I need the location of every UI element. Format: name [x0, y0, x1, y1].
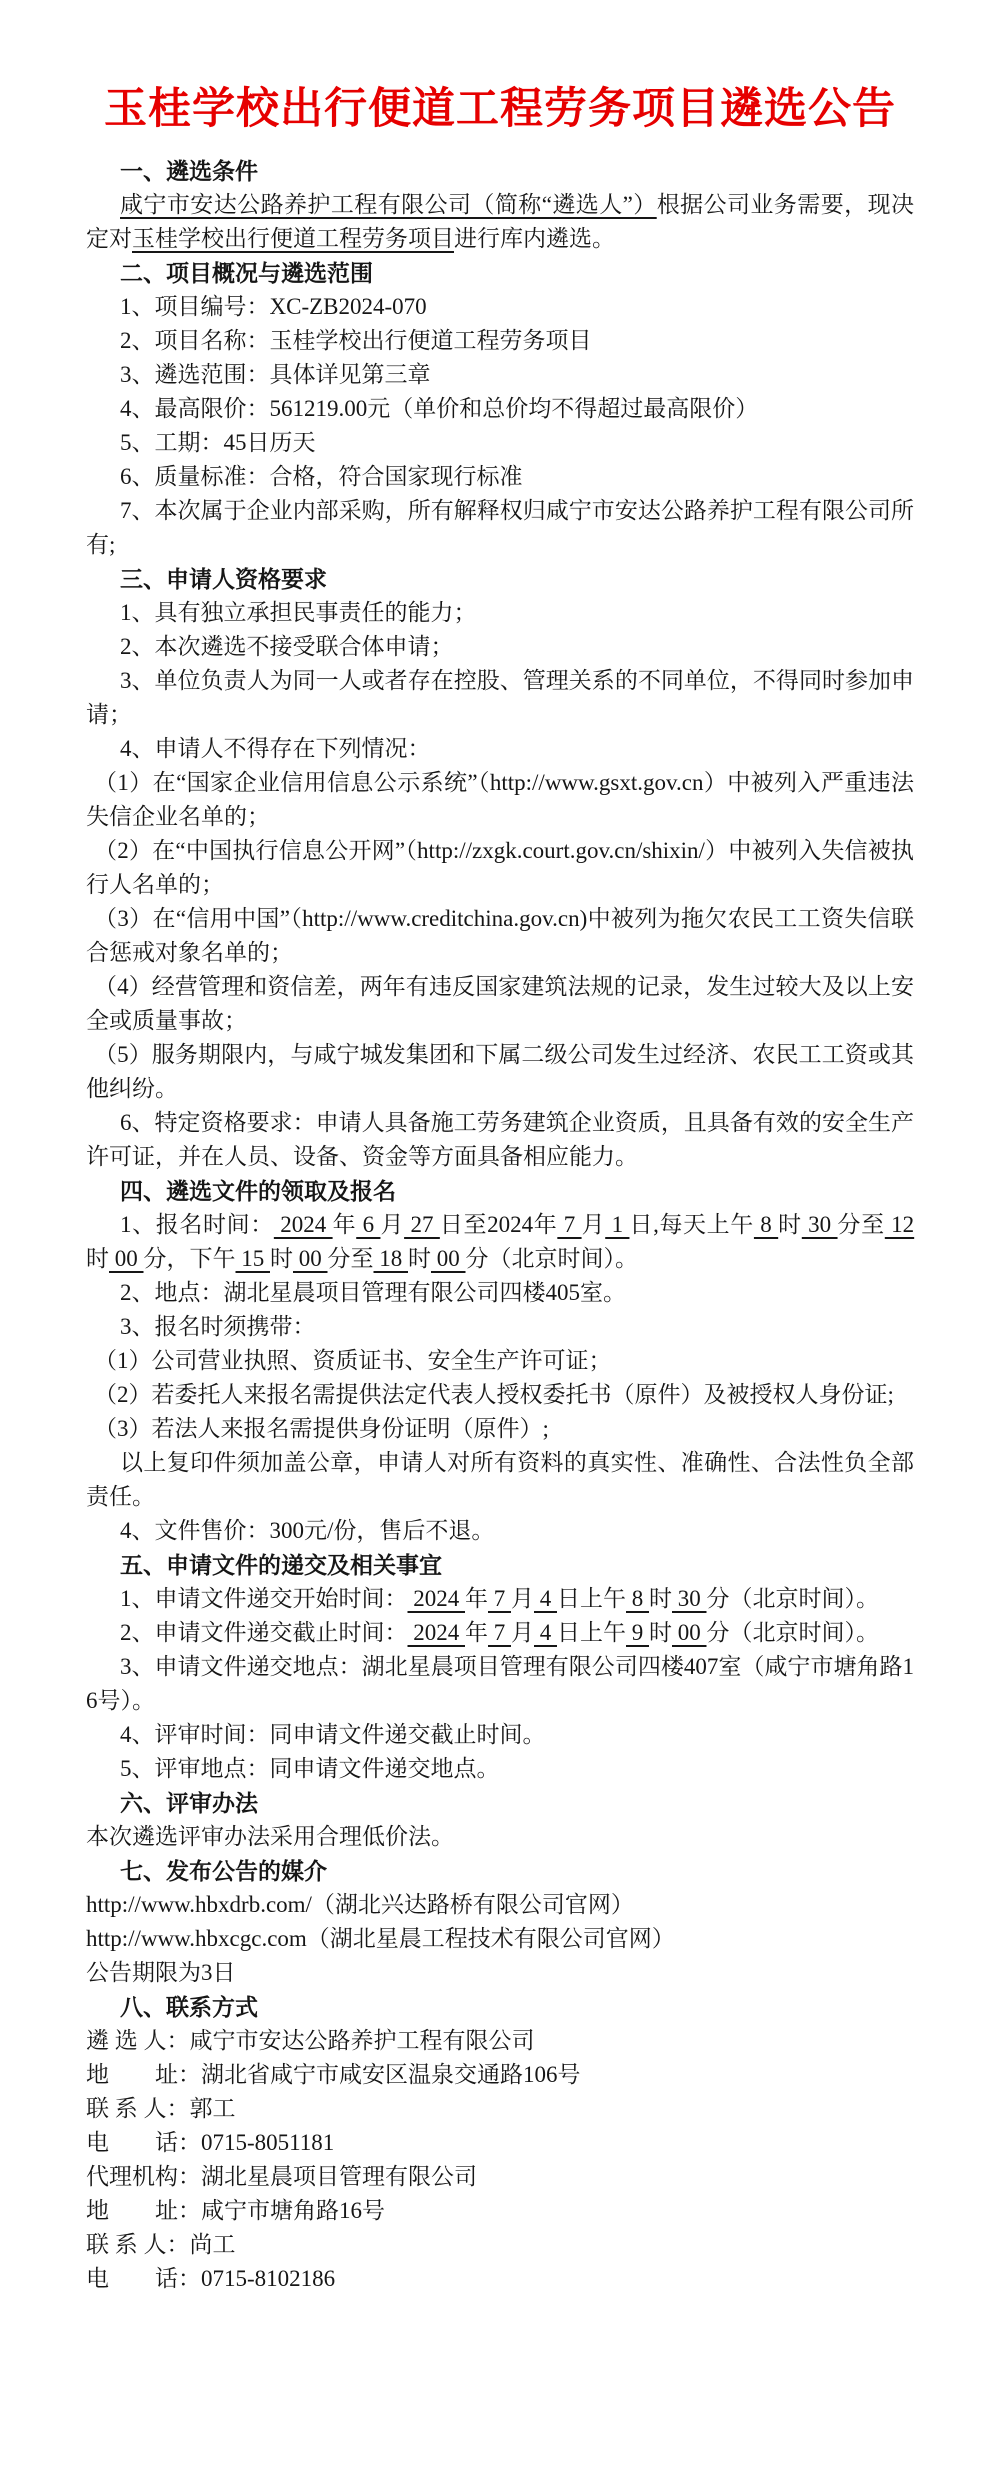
text-run: 时 — [86, 1246, 109, 1271]
underlined-text: 00 — [431, 1246, 466, 1271]
text-run: 月 — [511, 1586, 534, 1611]
text-run: （3）若法人来报名需提供身份证明（原件）; — [94, 1416, 549, 1441]
text-run: 4、最高限价：561219.00元（单价和总价均不得超过最高限价） — [120, 396, 758, 421]
paragraph: 公告期限为3日 — [86, 1956, 914, 1990]
paragraph: 1、具有独立承担民事责任的能力； — [86, 596, 914, 630]
text-run: 分至 — [838, 1212, 885, 1237]
text-run: http://www.hbxcgc.com（湖北星晨工程技术有限公司官网） — [86, 1926, 675, 1951]
text-run: 4、评审时间：同申请文件递交截止时间。 — [120, 1722, 546, 1747]
section-heading: 三、申请人资格要求 — [86, 562, 914, 596]
paragraph: 3、单位负责人为同一人或者存在控股、管理关系的不同单位，不得同时参加申请； — [86, 664, 914, 732]
text-run: 二、项目概况与遴选范围 — [120, 260, 373, 286]
underlined-text: 咸宁市安达公路养护工程有限公司（简称“遴选人”） — [120, 192, 657, 217]
text-run: 五、申请文件的递交及相关事宜 — [120, 1552, 442, 1578]
text-run: （4）经营管理和资信差，两年有违反国家建筑法规的记录，发生过较大及以上安全或质量… — [86, 974, 914, 1033]
underlined-text: 1 — [605, 1212, 629, 1237]
text-run: 代理机构：湖北星晨项目管理有限公司 — [86, 2164, 477, 2189]
underlined-text: 6 — [356, 1212, 380, 1237]
text-run: 5、工期：45日历天 — [120, 430, 316, 455]
text-run: 1、项目编号：XC-ZB2024-070 — [120, 294, 427, 319]
text-run: 年 — [333, 1212, 357, 1237]
text-run: 月 — [380, 1212, 404, 1237]
text-run: 以上复印件须加盖公章，申请人对所有资料的真实性、准确性、合法性负全部责任。 — [86, 1450, 914, 1509]
underlined-text: 4 — [534, 1620, 557, 1645]
text-run: 进行库内遴选。 — [454, 226, 615, 251]
text-run: 联 系 人：郭工 — [86, 2096, 236, 2121]
text-run: 月 — [582, 1212, 606, 1237]
paragraph: （1）在“国家企业信用信息公示系统”（http://www.gsxt.gov.c… — [86, 766, 914, 834]
text-run: 1、具有独立承担民事责任的能力； — [120, 600, 477, 625]
underlined-text: 8 — [754, 1212, 778, 1237]
paragraph: 4、文件售价：300元/份，售后不退。 — [86, 1514, 914, 1548]
document-title: 玉桂学校出行便道工程劳务项目遴选公告 — [86, 82, 914, 136]
underlined-text: 7 — [488, 1586, 511, 1611]
paragraph: 地 址：咸宁市塘角路16号 — [86, 2194, 914, 2228]
paragraph: （3）在“信用中国”（http://www.creditchina.gov.cn… — [86, 902, 914, 970]
text-run: 1、申请文件递交开始时间： — [120, 1586, 408, 1611]
text-run: 分（北京时间）。 — [466, 1246, 639, 1271]
text-run: 四、遴选文件的领取及报名 — [120, 1178, 396, 1204]
paragraph: 电 话：0715-8102186 — [86, 2262, 914, 2296]
paragraph: （2）在“中国执行信息公开网”（http://zxgk.court.gov.cn… — [86, 834, 914, 902]
text-run: 时 — [408, 1246, 431, 1271]
paragraph: 1、项目编号：XC-ZB2024-070 — [86, 290, 914, 324]
text-run: 八、联系方式 — [120, 1994, 258, 2020]
underlined-text: 8 — [626, 1586, 649, 1611]
text-run: 2、项目名称：玉桂学校出行便道工程劳务项目 — [120, 328, 592, 353]
text-run: 年 — [465, 1586, 488, 1611]
text-run: 4、申请人不得存在下列情况： — [120, 736, 431, 761]
text-run: 3、遴选范围：具体详见第三章 — [120, 362, 431, 387]
text-run: 2、本次遴选不接受联合体申请； — [120, 634, 454, 659]
paragraph: 咸宁市安达公路养护工程有限公司（简称“遴选人”）根据公司业务需要，现决定对玉桂学… — [86, 188, 914, 256]
section-heading: 一、遴选条件 — [86, 154, 914, 188]
paragraph: 4、评审时间：同申请文件递交截止时间。 — [86, 1718, 914, 1752]
paragraph: （2）若委托人来报名需提供法定代表人授权委托书（原件）及被授权人身份证; — [86, 1378, 914, 1412]
paragraph: 3、申请文件递交地点：湖北星晨项目管理有限公司四楼407室（咸宁市塘角路16号）… — [86, 1650, 914, 1718]
text-run: 地 址：咸宁市塘角路16号 — [86, 2198, 385, 2223]
text-run: 分，下午 — [144, 1246, 236, 1271]
underlined-text: 2024 — [408, 1586, 466, 1611]
paragraph: 联 系 人：尚工 — [86, 2228, 914, 2262]
text-run: 分（北京时间）。 — [707, 1586, 880, 1611]
announcement-document-page: 玉桂学校出行便道工程劳务项目遴选公告 一、遴选条件咸宁市安达公路养护工程有限公司… — [0, 0, 1000, 2470]
text-run: 1、报名时间： — [120, 1212, 274, 1237]
underlined-text: 00 — [109, 1246, 144, 1271]
text-run: 时 — [778, 1212, 802, 1237]
text-run: 分（北京时间）。 — [707, 1620, 880, 1645]
text-run: 本次遴选评审办法采用合理低价法。 — [86, 1824, 454, 1849]
text-run: 六、评审办法 — [120, 1790, 258, 1816]
paragraph: 3、报名时须携带： — [86, 1310, 914, 1344]
section-heading: 六、评审办法 — [86, 1786, 914, 1820]
underlined-text: 2024 — [408, 1620, 466, 1645]
paragraph: 3、遴选范围：具体详见第三章 — [86, 358, 914, 392]
underlined-text: 30 — [802, 1212, 838, 1237]
paragraph: 以上复印件须加盖公章，申请人对所有资料的真实性、准确性、合法性负全部责任。 — [86, 1446, 914, 1514]
text-run: 电 话：0715-8051181 — [86, 2130, 334, 2155]
text-run: 日上午 — [557, 1586, 626, 1611]
text-run: 公告期限为3日 — [86, 1960, 236, 1985]
paragraph: 2、本次遴选不接受联合体申请； — [86, 630, 914, 664]
text-run: 联 系 人：尚工 — [86, 2232, 236, 2257]
text-run: 6、特定资格要求：申请人具备施工劳务建筑企业资质，且具备有效的安全生产许可证，并… — [86, 1110, 914, 1169]
paragraph: （4）经营管理和资信差，两年有违反国家建筑法规的记录，发生过较大及以上安全或质量… — [86, 970, 914, 1038]
underlined-text: 7 — [488, 1620, 511, 1645]
underlined-text: 30 — [672, 1586, 707, 1611]
paragraph: 4、最高限价：561219.00元（单价和总价均不得超过最高限价） — [86, 392, 914, 426]
underlined-text: 00 — [672, 1620, 707, 1645]
text-run: 日上午 — [557, 1620, 626, 1645]
underlined-text: 27 — [404, 1212, 440, 1237]
text-run: 一、遴选条件 — [120, 158, 258, 184]
text-run: 4、文件售价：300元/份，售后不退。 — [120, 1518, 494, 1543]
text-run: 年 — [465, 1620, 488, 1645]
text-run: 2、申请文件递交截止时间： — [120, 1620, 408, 1645]
paragraph: 5、工期：45日历天 — [86, 426, 914, 460]
paragraph: 2、申请文件递交截止时间： 2024 年 7 月 4 日上午 9 时 00 分（… — [86, 1616, 914, 1650]
paragraph: （5）服务期限内，与咸宁城发集团和下属二级公司发生过经济、农民工工资或其他纠纷。 — [86, 1038, 914, 1106]
paragraph: 6、特定资格要求：申请人具备施工劳务建筑企业资质，且具备有效的安全生产许可证，并… — [86, 1106, 914, 1174]
paragraph: 地 址：湖北省咸宁市咸安区温泉交通路106号 — [86, 2058, 914, 2092]
text-run: （2）若委托人来报名需提供法定代表人授权委托书（原件）及被授权人身份证; — [94, 1382, 894, 1407]
text-run: 分至 — [328, 1246, 374, 1271]
text-run: 7、本次属于企业内部采购，所有解释权归咸宁市安达公路养护工程有限公司所有; — [86, 498, 914, 557]
text-run: 时 — [649, 1586, 672, 1611]
underlined-text: 18 — [374, 1246, 409, 1271]
underlined-text: 7 — [557, 1212, 581, 1237]
paragraph: 6、质量标准：合格，符合国家现行标准 — [86, 460, 914, 494]
paragraph: 1、报名时间： 2024 年 6 月 27 日至2024年 7 月 1 日,每天… — [86, 1208, 914, 1276]
text-run: 时 — [649, 1620, 672, 1645]
paragraph: （3）若法人来报名需提供身份证明（原件）; — [86, 1412, 914, 1446]
paragraph: 联 系 人：郭工 — [86, 2092, 914, 2126]
paragraph: http://www.hbxdrb.com/（湖北兴达路桥有限公司官网） — [86, 1888, 914, 1922]
paragraph: 电 话：0715-8051181 — [86, 2126, 914, 2160]
text-run: （3）在“信用中国”（http://www.creditchina.gov.cn… — [86, 906, 914, 965]
text-run: 3、申请文件递交地点：湖北星晨项目管理有限公司四楼407室（咸宁市塘角路16号）… — [86, 1654, 914, 1713]
underlined-text: 2024 — [274, 1212, 333, 1237]
paragraph: http://www.hbxcgc.com（湖北星晨工程技术有限公司官网） — [86, 1922, 914, 1956]
section-heading: 二、项目概况与遴选范围 — [86, 256, 914, 290]
underlined-text: 4 — [534, 1586, 557, 1611]
text-run: 2、地点：湖北星晨项目管理有限公司四楼405室。 — [120, 1280, 626, 1305]
paragraph: 遴 选 人：咸宁市安达公路养护工程有限公司 — [86, 2024, 914, 2058]
text-run: http://www.hbxdrb.com/（湖北兴达路桥有限公司官网） — [86, 1892, 634, 1917]
paragraph: 本次遴选评审办法采用合理低价法。 — [86, 1820, 914, 1854]
paragraph: 2、地点：湖北星晨项目管理有限公司四楼405室。 — [86, 1276, 914, 1310]
paragraph: 4、申请人不得存在下列情况： — [86, 732, 914, 766]
text-run: （5）服务期限内，与咸宁城发集团和下属二级公司发生过经济、农民工工资或其他纠纷。 — [86, 1042, 914, 1101]
text-run: 地 址：湖北省咸宁市咸安区温泉交通路106号 — [86, 2062, 581, 2087]
text-run: 3、单位负责人为同一人或者存在控股、管理关系的不同单位，不得同时参加申请； — [86, 668, 914, 727]
section-heading: 四、遴选文件的领取及报名 — [86, 1174, 914, 1208]
text-run: （2）在“中国执行信息公开网”（http://zxgk.court.gov.cn… — [86, 838, 914, 897]
text-run: 三、申请人资格要求 — [120, 566, 327, 592]
section-heading: 五、申请文件的递交及相关事宜 — [86, 1548, 914, 1582]
text-run: 日至2024年 — [440, 1212, 557, 1237]
text-run: 时 — [270, 1246, 293, 1271]
paragraph: 1、申请文件递交开始时间： 2024 年 7 月 4 日上午 8 时 30 分（… — [86, 1582, 914, 1616]
underlined-text: 12 — [885, 1212, 914, 1237]
paragraph: 7、本次属于企业内部采购，所有解释权归咸宁市安达公路养护工程有限公司所有; — [86, 494, 914, 562]
text-run: 3、报名时须携带： — [120, 1314, 316, 1339]
document-body: 一、遴选条件咸宁市安达公路养护工程有限公司（简称“遴选人”）根据公司业务需要，现… — [86, 154, 914, 2296]
paragraph: 2、项目名称：玉桂学校出行便道工程劳务项目 — [86, 324, 914, 358]
paragraph: 代理机构：湖北星晨项目管理有限公司 — [86, 2160, 914, 2194]
text-run: （1）在“国家企业信用信息公示系统”（http://www.gsxt.gov.c… — [86, 770, 914, 829]
underlined-text: 9 — [626, 1620, 649, 1645]
text-run: 电 话：0715-8102186 — [86, 2266, 335, 2291]
text-run: 日,每天上午 — [629, 1212, 753, 1237]
paragraph: 5、评审地点：同申请文件递交地点。 — [86, 1752, 914, 1786]
paragraph: （1）公司营业执照、资质证书、安全生产许可证； — [86, 1344, 914, 1378]
text-run: 七、发布公告的媒介 — [120, 1858, 327, 1884]
section-heading: 七、发布公告的媒介 — [86, 1854, 914, 1888]
text-run: （1）公司营业执照、资质证书、安全生产许可证； — [94, 1348, 612, 1373]
text-run: 5、评审地点：同申请文件递交地点。 — [120, 1756, 500, 1781]
underlined-text: 00 — [293, 1246, 328, 1271]
section-heading: 八、联系方式 — [86, 1990, 914, 2024]
text-run: 6、质量标准：合格，符合国家现行标准 — [120, 464, 523, 489]
text-run: 遴 选 人：咸宁市安达公路养护工程有限公司 — [86, 2028, 535, 2053]
underlined-text: 15 — [236, 1246, 271, 1271]
underlined-text: 玉桂学校出行便道工程劳务项目 — [132, 226, 454, 251]
text-run: 月 — [511, 1620, 534, 1645]
